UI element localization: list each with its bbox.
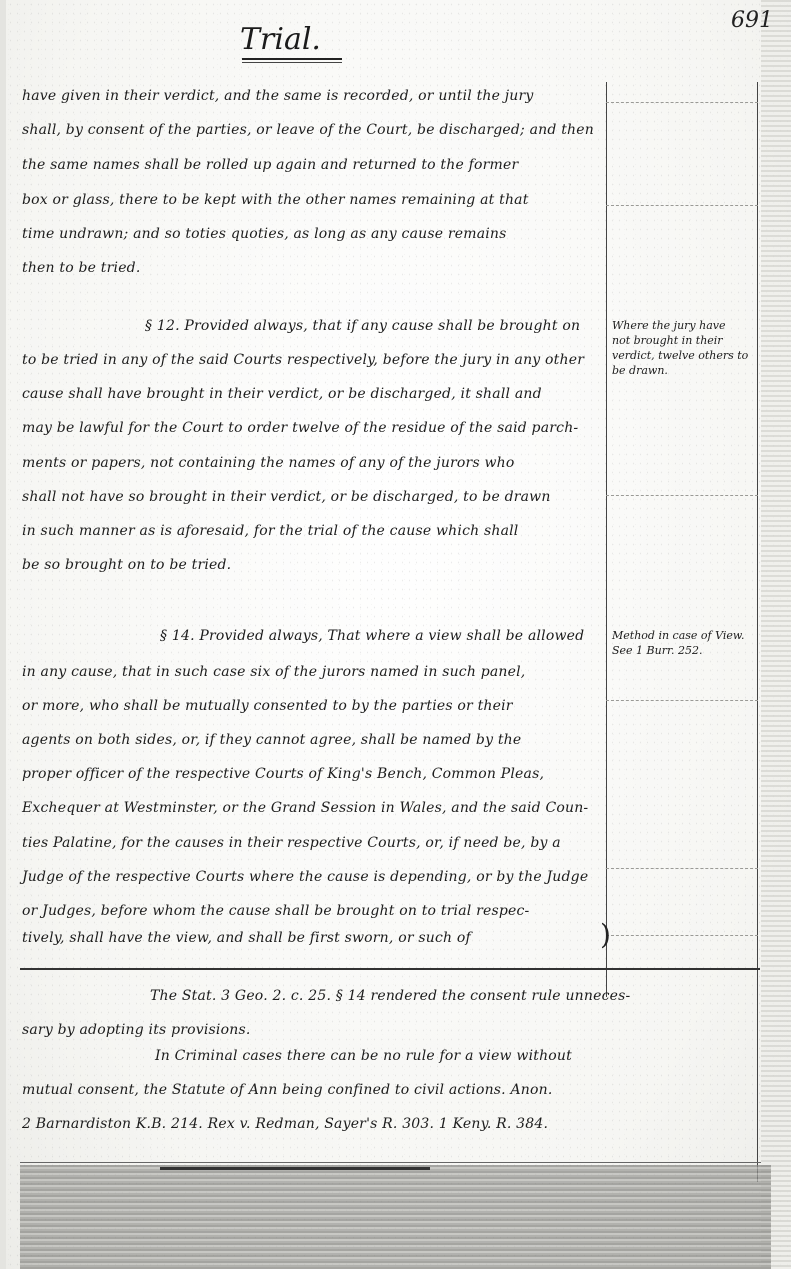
section-12-heading-line: § 12. Provided always, that if any cause… (145, 318, 615, 334)
criminal-cases-line: In Criminal cases there can be no rule f… (155, 1048, 755, 1064)
note-line: See 1 Burr. 252. (612, 643, 757, 658)
text-line: to be tried in any of the said Courts re… (22, 352, 622, 368)
text-line: in any cause, that in such case six of t… (22, 664, 622, 680)
note-line: not brought in their (612, 333, 757, 348)
scan-shadow (20, 1165, 771, 1269)
text-line: in such manner as is aforesaid, for the … (22, 523, 622, 539)
text-line: ments or papers, not containing the name… (22, 455, 622, 471)
note-line: verdict, twelve others to (612, 348, 757, 363)
page-number: 691 (731, 8, 773, 33)
text-line: Exchequer at Westminster, or the Grand S… (22, 800, 622, 816)
text-line: time undrawn; and so toties quoties, as … (22, 226, 622, 242)
title-underline (242, 58, 342, 60)
text-line: may be lawful for the Court to order twe… (22, 420, 622, 436)
citation-line: 2 Barnardiston K.B. 214. Rex v. Redman, … (22, 1116, 762, 1132)
margin-note-view-method: Method in case of View. See 1 Burr. 252. (612, 628, 757, 658)
text-line: tively, shall have the view, and shall b… (22, 930, 622, 946)
text-line: proper officer of the respective Courts … (22, 766, 622, 782)
page-title: Trial. (240, 22, 321, 57)
margin-dotted-rule (606, 935, 758, 936)
page-left-edge (0, 0, 6, 1269)
text-line: then to be tried. (22, 260, 622, 276)
ruled-line (160, 1167, 430, 1170)
text-line: cause shall have brought in their verdic… (22, 386, 622, 402)
section-divider (20, 968, 760, 970)
title-underline (242, 62, 342, 63)
note-line: Method in case of View. (612, 628, 757, 643)
note-line: be drawn. (612, 363, 757, 378)
note-line: Where the jury have (612, 318, 757, 333)
text-line: mutual consent, the Statute of Ann being… (22, 1082, 762, 1098)
text-line: box or glass, there to be kept with the … (22, 192, 622, 208)
ruled-line (20, 1162, 761, 1163)
margin-note-jury-verdict: Where the jury have not brought in their… (612, 318, 757, 378)
closing-brace-mark: ) (600, 918, 611, 951)
text-line: ties Palatine, for the causes in their r… (22, 835, 622, 851)
text-line: shall, by consent of the parties, or lea… (22, 122, 622, 138)
margin-dotted-rule (606, 495, 758, 496)
text-line: be so brought on to be tried. (22, 557, 622, 573)
text-line: agents on both sides, or, if they cannot… (22, 732, 622, 748)
margin-dotted-rule (606, 700, 758, 701)
margin-dotted-rule (606, 102, 758, 103)
margin-rule-inner (606, 82, 607, 997)
manuscript-page: 691 Trial. have given in their verdict, … (0, 0, 791, 1269)
text-line: or Judges, before whom the cause shall b… (22, 903, 622, 919)
page-right-edge (761, 0, 791, 1269)
text-line: or more, who shall be mutually consented… (22, 698, 622, 714)
margin-dotted-rule (606, 205, 758, 206)
section-14-heading-line: § 14. Provided always, That where a view… (160, 628, 615, 644)
text-line: shall not have so brought in their verdi… (22, 489, 622, 505)
text-line: have given in their verdict, and the sam… (22, 88, 622, 104)
text-line: the same names shall be rolled up again … (22, 157, 622, 173)
text-line: Judge of the respective Courts where the… (22, 869, 622, 885)
margin-dotted-rule (606, 868, 758, 869)
text-line: sary by adopting its provisions. (22, 1022, 622, 1038)
statute-note-line: The Stat. 3 Geo. 2. c. 25. § 14 rendered… (150, 988, 760, 1004)
margin-rule-outer (757, 82, 758, 1182)
